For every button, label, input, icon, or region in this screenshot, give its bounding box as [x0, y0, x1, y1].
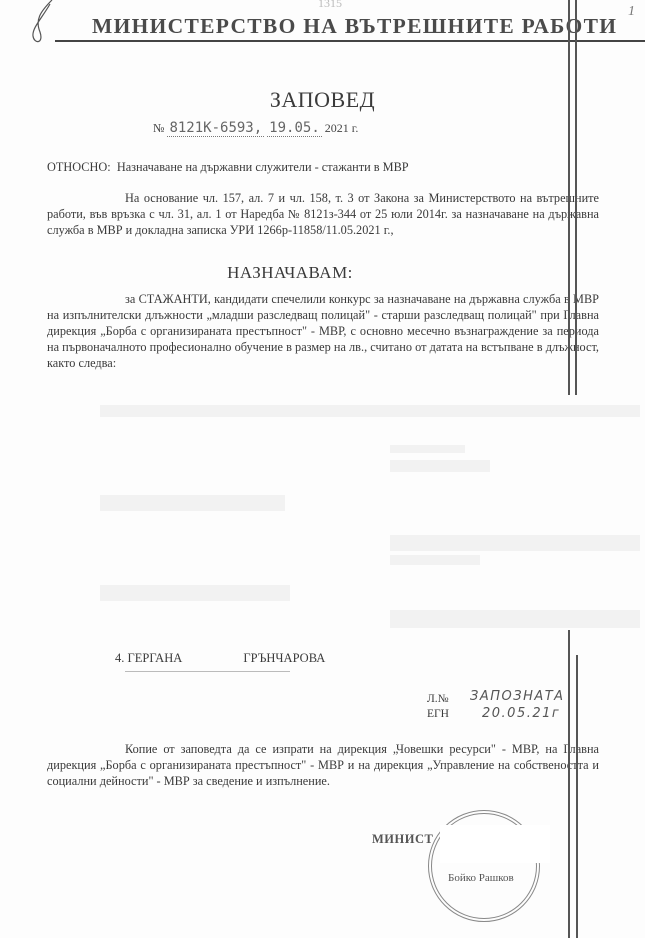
order-title: ЗАПОВЕД — [0, 87, 645, 113]
handwritten-loop-mark — [30, 0, 60, 45]
redacted-block — [390, 555, 480, 565]
scan-line — [568, 0, 570, 395]
appointee-index: 4. — [115, 651, 124, 665]
page-number-mark: 1 — [628, 4, 635, 20]
redacted-block — [390, 460, 490, 472]
number-prefix: № — [153, 121, 164, 135]
handwritten-acknowledgement: ЗАПОЗНАТА 20.05.21г — [470, 688, 565, 722]
appoint-paragraph: за СТАЖАНТИ, кандидати спечелили конкурс… — [47, 291, 599, 371]
redacted-block — [100, 585, 290, 601]
handwritten-order-number: 8121К-6593, — [167, 120, 264, 137]
scan-line — [568, 630, 570, 938]
signatory-title: МИНИСТ — [372, 832, 433, 847]
redacted-block — [100, 495, 285, 511]
subject-label: ОТНОСНО: — [47, 160, 111, 174]
egn-label: ЕГН — [427, 707, 449, 722]
redacted-block — [390, 535, 640, 551]
redacted-block — [390, 445, 465, 453]
redacted-block — [100, 405, 640, 417]
personal-number-label: Л.№ — [427, 692, 449, 707]
name-underline — [125, 671, 290, 672]
copy-text: Копие от заповедта да се изпрати на дире… — [47, 742, 599, 788]
order-year: 2021 г. — [325, 121, 359, 135]
acknowledgement-labels: Л.№ ЕГН — [427, 692, 449, 722]
basis-paragraph: На основание чл. 157, ал. 7 и чл. 158, т… — [47, 190, 599, 238]
faint-registration-stamp: 1315 — [318, 0, 342, 11]
redacted-signature — [440, 825, 550, 863]
handwritten-order-date: 19.05. — [267, 120, 322, 137]
scan-line — [575, 0, 577, 395]
handwritten-acquainted: ЗАПОЗНАТА — [470, 688, 565, 705]
signatory-name: Бойко Рашков — [448, 872, 514, 884]
appoint-text: за СТАЖАНТИ, кандидати спечелили конкурс… — [47, 292, 599, 370]
appointee-first-name: ГЕРГАНА — [128, 651, 183, 665]
copy-paragraph: Копие от заповедта да се изпрати на дире… — [47, 741, 599, 789]
appointee-name: 4. ГЕРГАНА ГРЪНЧАРОВА — [115, 651, 325, 666]
redacted-block — [390, 610, 640, 628]
ministry-header: МИНИСТЕРСТВО НА ВЪТРЕШНИТЕ РАБОТИ — [92, 14, 617, 39]
basis-text: На основание чл. 157, ал. 7 и чл. 158, т… — [47, 191, 599, 237]
scan-line — [576, 655, 578, 938]
header-divider — [55, 40, 645, 42]
handwritten-ack-date: 20.05.21г — [482, 705, 565, 722]
appointee-last-name: ГРЪНЧАРОВА — [243, 651, 325, 665]
subject-line: ОТНОСНО: Назначаване на държавни служите… — [47, 160, 409, 175]
appoint-heading: НАЗНАЧАВАМ: — [0, 263, 580, 283]
order-number-line: № 8121К-6593, 19.05. 2021 г. — [153, 120, 358, 136]
subject-text: Назначаване на държавни служители - стаж… — [117, 160, 409, 174]
